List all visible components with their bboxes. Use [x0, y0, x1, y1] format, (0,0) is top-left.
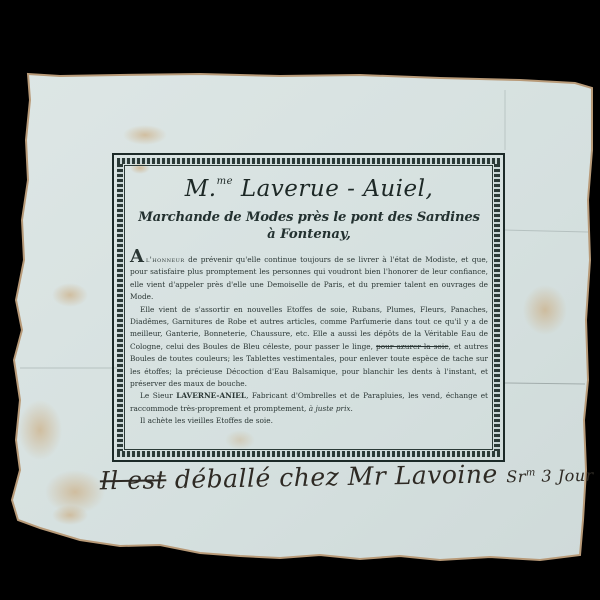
paragraph-3-italic: à juste prix. [309, 404, 353, 413]
handwritten-text: déballé chez Mr Lavoine [175, 459, 498, 494]
paragraph-4: Il achète les vieilles Etoffes de soie. [130, 415, 488, 427]
merchant-name-heading: M.me Laverue - Auiel, [130, 176, 488, 202]
title-prefix-superscript: me [217, 176, 233, 187]
title-prefix: M. [185, 176, 217, 202]
handwritten-suffix-sup: m [526, 467, 536, 478]
drop-cap: A [130, 246, 144, 267]
paragraph-3: Le Sieur LAVERNE-ANIEL, Fabricant d'Ombr… [130, 390, 488, 415]
handwritten-suffix: Sr [506, 467, 526, 486]
merchant-trade-line: Marchande de Modes près le pont des Sard… [130, 210, 488, 225]
paragraph-2: Elle vient de s'assortir en nouvelles Et… [130, 304, 488, 391]
handwritten-tail: Srm 3 Jour [506, 466, 594, 487]
struck-text: pour azurer la soie [376, 342, 449, 351]
trade-card-content: M.me Laverue - Auiel, Marchande de Modes… [130, 168, 488, 450]
paragraph-1: Al'honneur de prévenir qu'elle continue … [130, 252, 488, 304]
handwritten-note: Il est déballé chez Mr Lavoine Srm 3 Jou… [100, 458, 600, 517]
handwritten-struck-word: Il est [100, 465, 167, 495]
title-comma: , [425, 176, 433, 202]
merchant-name: Laverue - Auiel [241, 176, 426, 202]
paragraph-3-lead: Le Sieur [140, 391, 176, 400]
small-caps-word: l'honneur [146, 255, 185, 264]
paragraph-1-text: de prévenir qu'elle continue toujours de… [130, 255, 488, 301]
advertisement-body: Al'honneur de prévenir qu'elle continue … [130, 252, 488, 428]
sieur-name: LAVERNE-ANIEL [176, 391, 246, 400]
handwritten-days: 3 Jour [541, 466, 594, 486]
paragraph-4-text: Il achète les vieilles Etoffes de soie. [140, 416, 273, 425]
merchant-location: à Fontenay, [130, 227, 488, 242]
